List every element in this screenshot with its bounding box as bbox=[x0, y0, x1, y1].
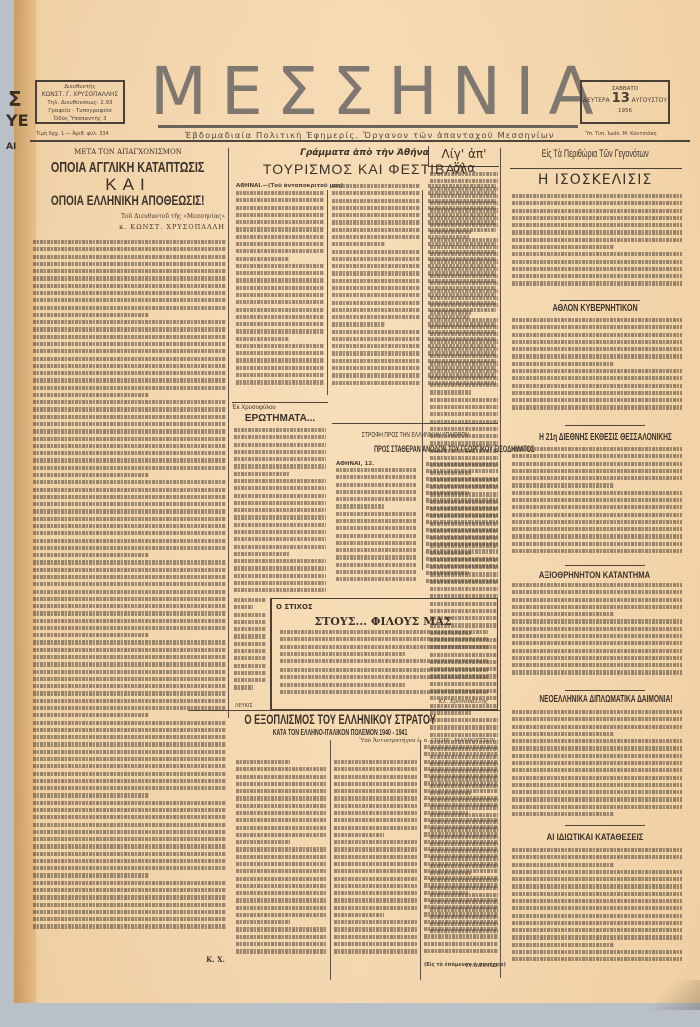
column-rule bbox=[228, 398, 229, 718]
director-name: ΚΩΝΣΤ. Γ. ΧΡΥΣΟΠΑΛΛΗΣ bbox=[37, 91, 123, 99]
left-headline-3: ΟΠΟΙΑ ΕΛΛΗΝΙΚΗ ΑΠΟΘΕΩΣΙΣ! bbox=[20, 193, 236, 208]
center-dateline: ΑΘΗΝΑΙ.—(Τοῦ ἀνταποκριτοῦ μας) bbox=[236, 183, 343, 189]
strophe-col-1-body bbox=[336, 468, 416, 588]
masthead-bottom-rule bbox=[30, 140, 690, 142]
left-kicker: ΜΕΤΑ ΤΟΝ ΑΠΑΓΧΟΝΙΣΜΟΝ bbox=[30, 148, 226, 156]
spine-fragment: ΑΙ bbox=[6, 136, 16, 158]
right-article-2-body bbox=[512, 318, 682, 418]
left-article-body bbox=[33, 240, 226, 940]
director-phone: Τηλ. Διευθύνσεως: 2.93 bbox=[37, 99, 123, 107]
column-headline: Λίγ' ἀπ' ὅλα bbox=[430, 147, 498, 175]
page-corner-shadow bbox=[640, 980, 700, 1010]
newspaper-title: ΜΕΣΣΗΝΙΑ bbox=[150, 57, 575, 127]
rule bbox=[232, 402, 328, 403]
left-mid-sign: ΛΕΥΚΙΣ bbox=[235, 703, 253, 709]
column-rule bbox=[420, 740, 421, 980]
right-headline-3: Η 21η ΔΙΕΘΝΗΣ ΕΚΘΕΣΙΣ ΘΕΣΣΑΛΟΝΙΚΗΣ bbox=[505, 432, 685, 443]
column-rule bbox=[330, 740, 331, 980]
right-kicker: Εἰς Τὰ Περιθώρια Τῶν Γεγονότων bbox=[505, 148, 685, 160]
army-col-2-body bbox=[334, 760, 418, 960]
publisher-note: Ὑπ. Τυπ. Ἰωάν. Μ. Κουτσιάκη bbox=[585, 131, 657, 137]
left-article-sign: Κ. Χ. bbox=[150, 955, 225, 964]
column-signature: ΣΥΛΛΕΚΤΗΣ bbox=[430, 963, 498, 969]
right-article-1-body bbox=[512, 194, 682, 294]
column-body bbox=[430, 172, 498, 942]
spine-fragment: ΥΕ bbox=[6, 110, 29, 132]
left-byline-1: Τοῦ Διευθυντοῦ τῆς «Μεσσηνίας» bbox=[90, 213, 225, 220]
issue-price: Τιμὴ δρχ. 1.— Ἀριθ. φύλ. 334 bbox=[36, 131, 109, 137]
small-headline: ΕΡΩΤΗΜΑΤΑ... bbox=[232, 413, 328, 424]
right-article-3-body bbox=[512, 447, 682, 562]
rule bbox=[565, 825, 645, 826]
date-weekday: ΔΕΥΤΕΡΑ bbox=[583, 97, 610, 104]
left-narrow-body bbox=[234, 598, 266, 698]
right-headline: Η ΙΣΟΣΚΕΛΙΣΙΣ bbox=[505, 172, 685, 188]
title-rule bbox=[158, 125, 578, 128]
column-rule bbox=[327, 190, 328, 395]
rule bbox=[565, 690, 645, 691]
column-rule bbox=[228, 148, 229, 398]
army-col-1-body bbox=[236, 760, 326, 960]
rule bbox=[565, 425, 645, 426]
right-article-6-body bbox=[512, 848, 682, 966]
date-box: ΣΑΒΒΑΤΟ ΔΕΥΤΕΡΑ 13 ΑΥΓΟΥΣΤΟΥ 1956 bbox=[580, 80, 670, 124]
small-kicker: Ἐκ Χρυσοφύλου bbox=[232, 405, 328, 411]
right-article-5-body bbox=[512, 710, 682, 822]
right-headline-4: ΑΞΙΟΘΡΗΝΗΤΟΝ ΚΑΤΑΝΤΗΜΑ bbox=[505, 570, 685, 581]
spine-fragment: Σ bbox=[8, 88, 22, 110]
director-box: Διευθυντής ΚΩΝΣΤ. Γ. ΧΡΥΣΟΠΑΛΛΗΣ Τηλ. Δι… bbox=[35, 80, 125, 124]
rule bbox=[565, 565, 645, 566]
rule bbox=[560, 300, 640, 301]
column-rule bbox=[500, 148, 501, 978]
right-headline-6: ΑΙ ΙΔΙΩΤΙΚΑΙ ΚΑΤΑΘΕΣΕΙΣ bbox=[505, 832, 685, 843]
right-article-4-body bbox=[512, 583, 682, 683]
director-address: Ὁδὸς Ὑπαπαντῆς 3 bbox=[37, 115, 123, 123]
left-headline-1: ΟΠΟΙΑ ΑΓΓΛΙΚΗ ΚΑΤΑΠΤΩΣΙΣ bbox=[20, 160, 236, 176]
date-month: ΑΥΓΟΥΣΤΟΥ bbox=[632, 97, 667, 104]
newspaper-subtitle: Ἑβδομαδιαία Πολιτικὴ Ἐφημερίς. Ὄργανον τ… bbox=[160, 130, 580, 140]
director-offices: Γραφεῖα - Τυπογραφεῖα bbox=[37, 107, 123, 115]
date-day: 13 bbox=[612, 91, 630, 106]
center-col-2-body bbox=[332, 184, 420, 392]
director-label: Διευθυντής bbox=[37, 83, 123, 91]
date-line: ΔΕΥΤΕΡΑ 13 ΑΥΓΟΥΣΤΟΥ bbox=[582, 93, 668, 107]
right-headline-5: ΝΕΟΕΛΛΗΝΙΚΑ ΔΙΠΛΩΜΑΤΙΚΑ ΔΑΙΜΟΝΙΑ! bbox=[505, 694, 685, 705]
right-headline-2: ΑΘΛΟΝ ΚΥΒΕΡΝΗΤΙΚΟΝ bbox=[505, 303, 685, 314]
left-byline-2: κ. ΚΩΝΣΤ. ΧΡΥΣΟΠΑΛΛΗ bbox=[90, 223, 225, 231]
center-col-1-body bbox=[236, 191, 324, 391]
strophe-dateline: ΑΘΗΝΑΙ, 12. bbox=[336, 461, 374, 467]
column-rule bbox=[422, 190, 423, 570]
date-year: 1956 bbox=[582, 107, 668, 115]
small-article-body bbox=[234, 428, 326, 598]
poem-kicker: Ο ΣΤΙΧΟΣ bbox=[276, 603, 313, 611]
